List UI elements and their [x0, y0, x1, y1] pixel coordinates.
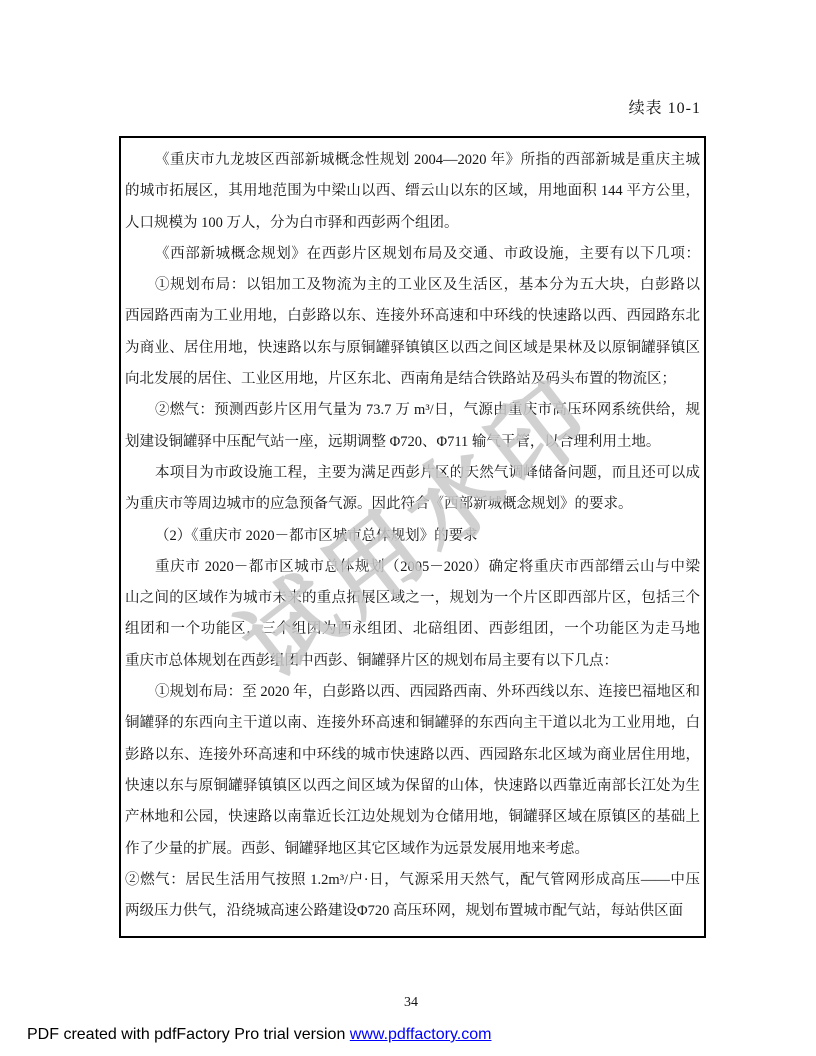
- text-line: 《重庆市九龙坡区西部新城概念性规划 2004—2020 年》所指的西部新城是重庆…: [125, 145, 700, 176]
- text-line: 铜罐驿的东西向主干道以南、连接外环高速和铜罐驿的东西向主干道以北为工业用地，白: [125, 708, 700, 739]
- table-body: 《重庆市九龙坡区西部新城概念性规划 2004—2020 年》所指的西部新城是重庆…: [125, 145, 700, 927]
- text-line: 向北发展的居住、工业区用地，片区东北、西南角是结合铁路站及码头布置的物流区；: [125, 364, 700, 395]
- pdf-factory-footer: PDF created with pdfFactory Pro trial ve…: [27, 1026, 491, 1044]
- text-line: 《西部新城概念规划》在西彭片区规划布局及交通、市政设施，主要有以下几项：: [125, 239, 700, 270]
- continuation-table-label: 续表 10-1: [119, 95, 701, 118]
- text-line: 重庆市 2020－都市区城市总体规划（2005－2020）确定将重庆市西部缙云山…: [125, 552, 700, 583]
- text-line: 产林地和公园，快速路以南靠近长江边处规划为仓储用地，铜罐驿区域在原镇区的基础上: [125, 802, 700, 833]
- text-line: 两级压力供气，沿绕城高速公路建设Φ720 高压环网，规划布置城市配气站，每站供区…: [125, 896, 700, 927]
- pdf-notice-text: PDF created with pdfFactory Pro trial ve…: [27, 1026, 350, 1043]
- text-line: ②燃气：预测西彭片区用气量为 73.7 万 m³/日，气源由重庆市高压环网系统供…: [125, 395, 700, 426]
- page-number: 34: [119, 995, 703, 1011]
- text-line: 为商业、居住用地，快速路以东与原铜罐驿镇镇区以西之间区域是果林及以原铜罐驿镇区: [125, 333, 700, 364]
- text-line: （2）《重庆市 2020－都市区城市总体规划》的要求: [125, 521, 700, 552]
- text-line: 快速以东与原铜罐驿镇镇区以西之间区域为保留的山体，快速路以西靠近南部长江处为生: [125, 771, 700, 802]
- document-table-border: 《重庆市九龙坡区西部新城概念性规划 2004—2020 年》所指的西部新城是重庆…: [119, 136, 706, 938]
- text-line: ②燃气：居民生活用气按照 1.2m³/户·日，气源采用天然气，配气管网形成高压—…: [125, 865, 700, 896]
- text-line: 人口规模为 100 万人，分为白市驿和西彭两个组团。: [125, 208, 700, 239]
- text-line: 重庆市总体规划在西彭组团中西彭、铜罐驿片区的规划布局主要有以下几点：: [125, 646, 700, 677]
- text-line: ①规划布局：以铝加工及物流为主的工业区及生活区，基本分为五大块，白彭路以西、: [125, 270, 700, 301]
- pdffactory-link[interactable]: www.pdffactory.com: [350, 1026, 492, 1043]
- text-line: ①规划布局：至 2020 年，白彭路以西、西园路西南、外环西线以东、连接巴福地区…: [125, 677, 700, 708]
- text-line: 西园路西南为工业用地，白彭路以东、连接外环高速和中环线的快速路以西、西园路东北: [125, 301, 700, 332]
- text-line: 作了少量的扩展。西彭、铜罐驿地区其它区域作为远景发展用地来考虑。: [125, 834, 700, 865]
- text-line: 的城市拓展区，其用地范围为中梁山以西、缙云山以东的区域，用地面积 144 平方公…: [125, 176, 700, 207]
- text-line: 本项目为市政设施工程，主要为满足西彭片区的天然气调峰储备问题，而且还可以成: [125, 458, 700, 489]
- text-line: 组团和一个功能区，三个组团为西永组团、北碚组团、西彭组团，一个功能区为走马地区。: [125, 614, 700, 645]
- text-line: 为重庆市等周边城市的应急预备气源。因此符合《西部新城概念规划》的要求。: [125, 489, 700, 520]
- text-line: 划建设铜罐驿中压配气站一座，远期调整 Φ720、Φ711 输气干管，以合理利用土…: [125, 427, 700, 458]
- text-line: 山之间的区域作为城市未来的重点拓展区域之一，规划为一个片区即西部片区，包括三个: [125, 583, 700, 614]
- text-line: 彭路以东、连接外环高速和中环线的城市快速路以西、西园路东北区域为商业居住用地，: [125, 740, 700, 771]
